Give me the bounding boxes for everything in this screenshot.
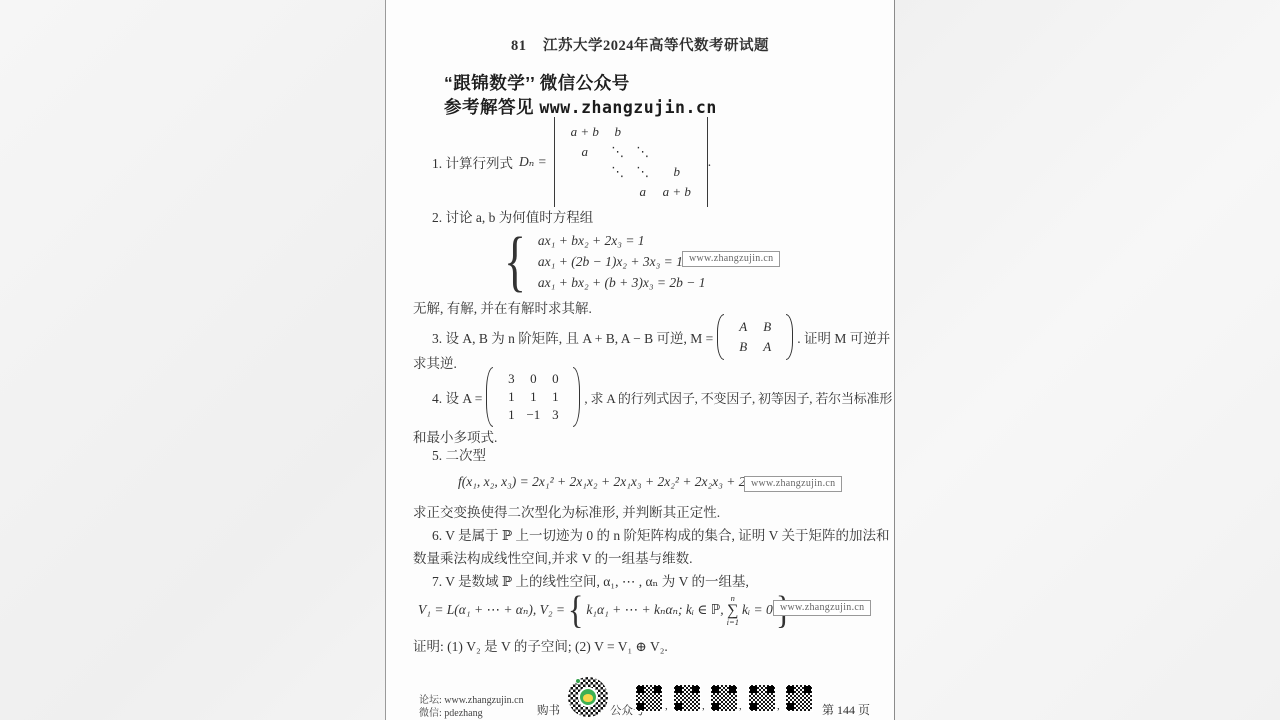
- det-cell: ⋱: [630, 164, 656, 180]
- problem-6-line2: 数量乘法构成线性空间,并求 V 的一组基与维数.: [413, 547, 693, 567]
- matrix-cell: 1: [522, 389, 544, 405]
- problem-5-tail: 求正交变换使得二次型化为标准形, 并判断其正定性.: [413, 501, 720, 521]
- p7-set-tail: kᵢ = 0: [742, 602, 773, 618]
- matrix-cell: 0: [522, 371, 544, 387]
- matrix-M-grid: A B B A: [724, 314, 786, 360]
- header-line2-url: www.zhangzujin.cn: [539, 98, 716, 117]
- page-number: 第 144 页: [822, 701, 870, 718]
- problem-3-pre: 3. 设 A, B 为 n 阶矩阵, 且 A + B, A − B 可逆, M …: [432, 327, 713, 347]
- problem-4: 4. 设 A = 3 0 0 1 1 1 1 −1 3 , 求 A 的行列式因子…: [432, 366, 892, 428]
- qr-code-icon: [786, 685, 812, 711]
- problem-1-label: 1. 计算行列式: [432, 152, 513, 172]
- problem-5-label: 5. 二次型: [432, 444, 486, 464]
- footer-wechat: 微信: pdezhang: [419, 704, 483, 719]
- footer-comma: ,: [777, 700, 780, 712]
- problem-4-post: , 求 A 的行列式因子, 不变因子, 初等因子, 若尔当标准形: [584, 388, 892, 407]
- det-cell: b: [656, 164, 698, 180]
- matrix-A-grid: 3 0 0 1 1 1 1 −1 3: [493, 367, 573, 427]
- matrix-cell: −1: [522, 407, 544, 423]
- problem-1: 1. 计算行列式 Dₙ = a + b b a ⋱ ⋱ ⋱ ⋱ b a a + …: [432, 116, 711, 208]
- qr-code-icon: [636, 685, 662, 711]
- footer-comma: ,: [739, 700, 742, 712]
- left-paren: [717, 314, 724, 360]
- matrix-cell: B: [731, 339, 755, 355]
- qr-code-icon: [749, 685, 775, 711]
- right-paren: [786, 314, 793, 360]
- qr-code-icon: [711, 685, 737, 711]
- matrix-cell: 0: [544, 371, 566, 387]
- watermark-badge: www.zhangzujin.cn: [744, 476, 842, 492]
- matrix-cell: 3: [500, 371, 522, 387]
- problem-3: 3. 设 A, B 为 n 阶矩阵, 且 A + B, A − B 可逆, M …: [432, 314, 890, 360]
- matrix-cell: 3: [544, 407, 566, 423]
- problem-3-post: . 证明 M 可逆并: [797, 327, 890, 347]
- matrix-cell: A: [755, 339, 779, 355]
- page-title: 81 江苏大学2024年高等代数考研试题: [386, 34, 894, 55]
- sigma-icon: ∑: [727, 603, 738, 618]
- det-cell: b: [606, 124, 630, 140]
- header-line2-prefix: 参考解答见: [444, 97, 539, 117]
- summation: n ∑ i=1: [727, 594, 739, 626]
- quadratic-form-equation: f(x₁, x₂, x₃) = 2x₁² + 2x₁x₂ + 2x₁x₃ + 2…: [458, 474, 764, 490]
- matrix-cell: 1: [544, 389, 566, 405]
- system-equations: ax₁ + bx₂ + 2x₃ = 1 ax₁ + (2b − 1)x₂ + 3…: [538, 230, 706, 293]
- matrix-cell: 1: [500, 389, 522, 405]
- left-paren: [486, 367, 493, 427]
- problem-4-tail: 和最小多项式.: [413, 426, 497, 446]
- problem-7-tail: 证明: (1) V₂ 是 V 的子空间; (2) V = V₁ ⊕ V₂.: [413, 635, 668, 655]
- footer-buy-label: 购书: [537, 702, 560, 718]
- watermark-badge: www.zhangzujin.cn: [682, 251, 780, 267]
- watermark-badge: www.zhangzujin.cn: [773, 600, 871, 616]
- equation-system: { ax₁ + bx₂ + 2x₃ = 1 ax₁ + (2b − 1)x₂ +…: [502, 226, 706, 296]
- equation-3: ax₁ + bx₂ + (b + 3)x₃ = 2b − 1: [538, 272, 706, 293]
- document-page: 81 江苏大学2024年高等代数考研试题 “跟锦数学’’ 微信公众号 参考解答见…: [385, 0, 895, 720]
- matrix-cell: B: [755, 319, 779, 335]
- qr-logo-icon: [578, 687, 598, 707]
- equation-1: ax₁ + bx₂ + 2x₃ = 1: [538, 230, 706, 251]
- determinant: a + b b a ⋱ ⋱ ⋱ ⋱ b a a + b: [554, 117, 708, 207]
- wechat-header-line1: “跟锦数学’’ 微信公众号: [444, 70, 630, 95]
- p7-eq-left: V₁ = L(α₁ + ⋯ + αₙ), V₂ =: [418, 602, 565, 618]
- qr-dot-icon: [575, 678, 581, 684]
- problem-4-pre: 4. 设 A =: [432, 387, 482, 407]
- det-cell: a: [630, 184, 656, 200]
- equation-2: ax₁ + (2b − 1)x₂ + 3x₃ = 1: [538, 251, 706, 272]
- problem-6-line1: 6. V 是属于 ℙ 上一切迹为 0 的 n 阶矩阵构成的集合, 证明 V 关于…: [432, 524, 890, 544]
- round-qr-buy-icon: [568, 677, 608, 717]
- p7-set-body: k₁α₁ + ⋯ + kₙαₙ; kᵢ ∈ ℙ,: [586, 602, 723, 618]
- matrix-cell: 1: [500, 407, 522, 423]
- problem-7-equation: V₁ = L(α₁ + ⋯ + αₙ), V₂ = { k₁α₁ + ⋯ + k…: [418, 586, 797, 634]
- problem-1-period: .: [708, 154, 711, 170]
- sum-lower-limit: i=1: [727, 618, 739, 627]
- matrix-cell: A: [731, 319, 755, 335]
- footer-comma: ,: [665, 700, 668, 712]
- det-cell: a: [564, 144, 606, 160]
- matrix-M: A B B A: [717, 314, 793, 360]
- det-cell: a + b: [564, 124, 606, 140]
- right-paren: [573, 367, 580, 427]
- qr-code-icon: [674, 685, 700, 711]
- det-cell: ⋱: [606, 144, 630, 160]
- problem-1-lhs: Dₙ =: [519, 154, 547, 170]
- det-cell: a + b: [656, 184, 698, 200]
- det-cell: ⋱: [606, 164, 630, 180]
- det-cell: ⋱: [630, 144, 656, 160]
- matrix-A: 3 0 0 1 1 1 1 −1 3: [486, 367, 580, 427]
- footer-comma: ,: [702, 700, 705, 712]
